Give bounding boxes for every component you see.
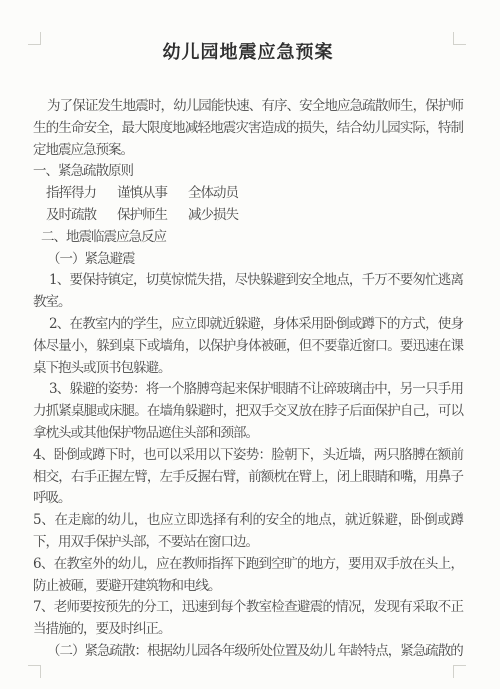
list-item-4: 4、卧倒或蹲下时，也可以采用以下姿势：脸朝下，头近墙，两只胳膊在额前相交，右手正… <box>33 445 463 510</box>
list-item-5: 5、在走廊的幼儿，也应立即选择有利的安全的地点，就近躲避，卧倒或蹲下，用双手保护… <box>33 510 463 554</box>
section-1-heading: 一、紧急疏散原则 <box>33 161 463 183</box>
principle-item: 及时疏散 <box>46 205 96 227</box>
margin-corner-mark-bottom-left <box>28 665 41 678</box>
subsection-2-heading: （二）紧急疏散：根据幼儿园各年级所处位置及幼儿 年龄特点，紧急疏散的具 <box>33 641 463 663</box>
principle-item: 保护师生 <box>117 205 167 227</box>
list-item-7: 7、老师要按预先的分工，迅速到每个教室检查避震的情况，发现有采取不正当措施的，要… <box>33 597 463 641</box>
list-item-3: 3、躲避的姿势：将一个胳膊弯起来保护眼睛不让碎玻璃击中，另一只手用力抓紧桌腿或床… <box>33 379 463 444</box>
list-item-1: 1、要保持镇定，切莫惊慌失措，尽快躲避到安全地点，千万不要匆忙逃离教室。 <box>33 270 463 314</box>
principles-row-2: 及时疏散 保护师生 减少损失 <box>33 205 463 227</box>
principle-item: 减少损失 <box>188 205 238 227</box>
list-item-6: 6、在教室外的幼儿，应在教师指挥下跑到空旷的地方，要用双手放在头上，防止被砸，要… <box>33 554 463 598</box>
document-title: 幼儿园地震应急预案 <box>33 40 463 66</box>
section-2-heading: 二、地震临震应急反应 <box>33 227 463 249</box>
document-page: 幼儿园地震应急预案 为了保证发生地震时，幼儿园能快速、有序、安全地应急疏散师生，… <box>0 0 500 689</box>
principle-item: 全体动员 <box>188 183 238 205</box>
principle-item: 指挥得力 <box>46 183 96 205</box>
margin-corner-mark-bottom-right <box>453 665 466 678</box>
document-body: 幼儿园地震应急预案 为了保证发生地震时，幼儿园能快速、有序、安全地应急疏散师生，… <box>33 40 463 663</box>
intro-paragraph: 为了保证发生地震时，幼儿园能快速、有序、安全地应急疏散师生，保护师生的生命安全，… <box>33 96 463 161</box>
principles-row-1: 指挥得力 谨慎从事 全体动员 <box>33 183 463 205</box>
subsection-1-heading: （一）紧急避震 <box>33 249 463 271</box>
list-item-2: 2、在教室内的学生，应立即就近躲避，身体采用卧倒或蹲下的方式，使身体尽量小，躲到… <box>33 314 463 379</box>
principle-item: 谨慎从事 <box>117 183 167 205</box>
